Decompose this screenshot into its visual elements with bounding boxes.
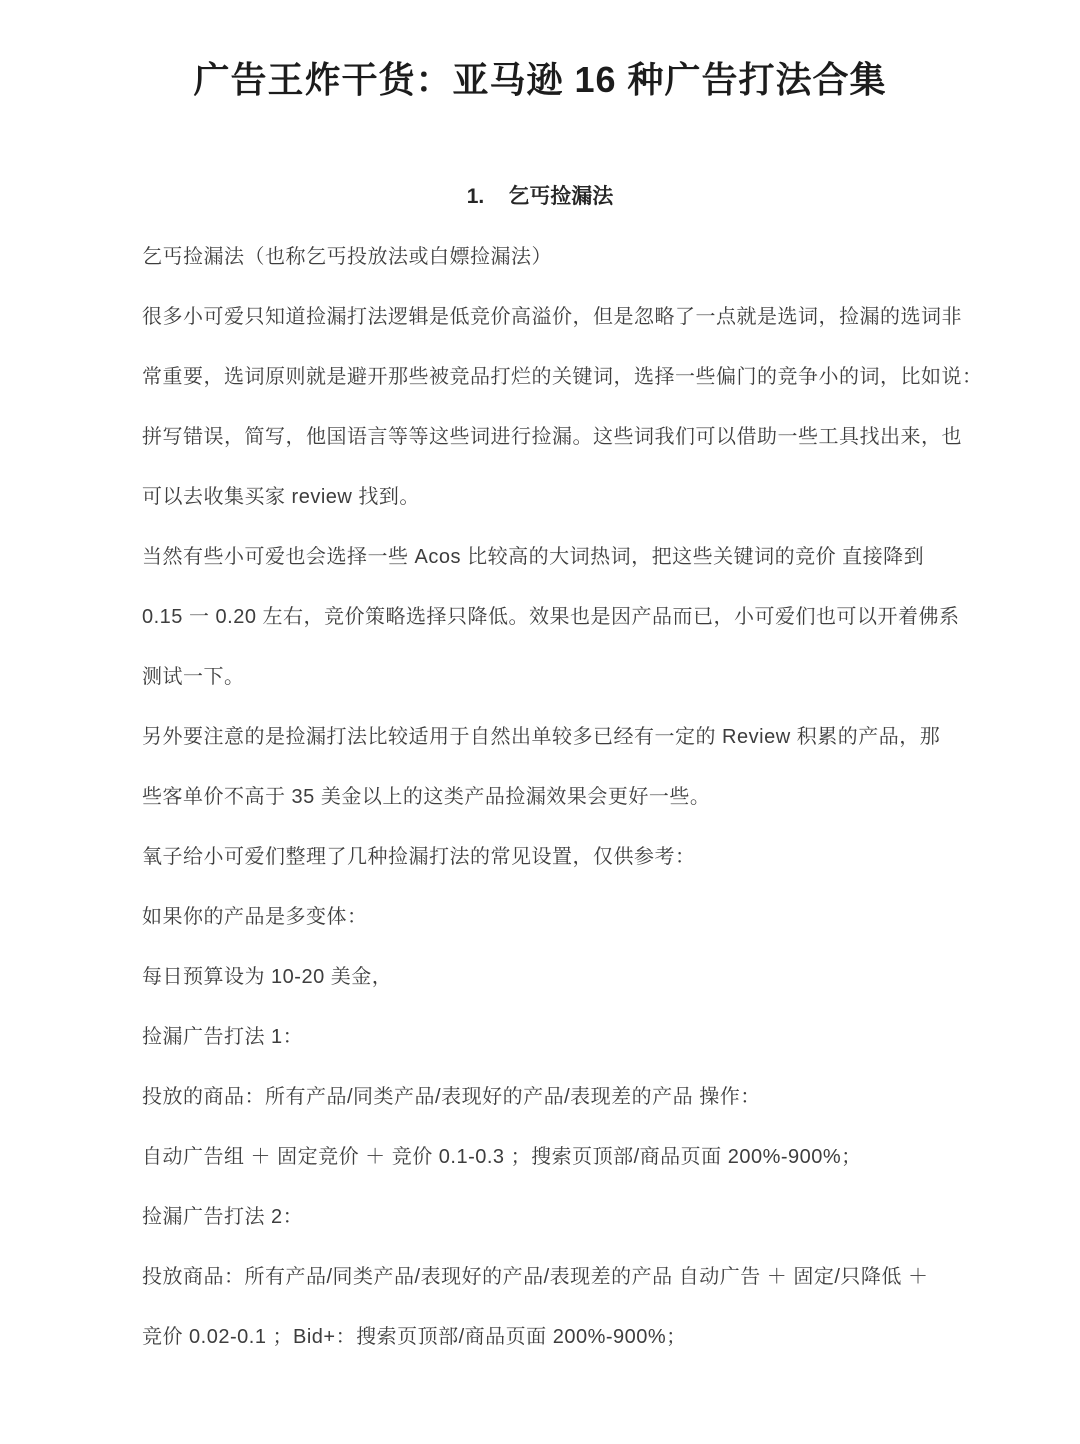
paragraph: 捡漏广告打法 1： (142, 1007, 942, 1067)
text-line: 测试一下。 (142, 647, 942, 707)
text-line: 捡漏广告打法 1： (142, 1007, 942, 1067)
text-line: 当然有些小可爱也会选择一些 Acos 比较高的大词热词，把这些关键词的竞价 直接… (142, 527, 942, 587)
document-body: 乞丐捡漏法（也称乞丐投放法或白嫖捡漏法） 很多小可爱只知道捡漏打法逻辑是低竞价高… (142, 227, 942, 1367)
paragraph: 另外要注意的是捡漏打法比较适用于自然出单较多已经有一定的 Review 积累的产… (142, 707, 942, 827)
text-line: 每日预算设为 10-20 美金， (142, 947, 942, 1007)
text-line: 可以去收集买家 review 找到。 (142, 467, 942, 527)
section-title: 乞丐捡漏法 (508, 185, 613, 208)
text-line: 自动广告组 ＋ 固定竞价 ＋ 竞价 0.1-0.3 ；搜索页顶部/商品页面 20… (142, 1127, 942, 1187)
text-line: 氧子给小可爱们整理了几种捡漏打法的常见设置，仅供参考： (142, 827, 942, 887)
text-line: 竞价 0.02-0.1 ；Bid+：搜索页顶部/商品页面 200%-900%； (142, 1307, 942, 1367)
paragraph: 自动广告组 ＋ 固定竞价 ＋ 竞价 0.1-0.3 ；搜索页顶部/商品页面 20… (142, 1127, 942, 1187)
document-title: 广告王炸干货：亚马逊 16 种广告打法合集 (0, 52, 1080, 108)
paragraph: 如果你的产品是多变体： (142, 887, 942, 947)
paragraph: 氧子给小可爱们整理了几种捡漏打法的常见设置，仅供参考： (142, 827, 942, 887)
paragraph: 很多小可爱只知道捡漏打法逻辑是低竞价高溢价，但是忽略了一点就是选词，捡漏的选词非… (142, 287, 942, 527)
paragraph: 每日预算设为 10-20 美金， (142, 947, 942, 1007)
text-line: 乞丐捡漏法（也称乞丐投放法或白嫖捡漏法） (142, 227, 942, 287)
section-heading: 1.乞丐捡漏法 (0, 170, 1080, 224)
text-line: 捡漏广告打法 2： (142, 1187, 942, 1247)
paragraph: 乞丐捡漏法（也称乞丐投放法或白嫖捡漏法） (142, 227, 942, 287)
section-number: 1. (467, 185, 485, 208)
paragraph: 投放的商品：所有产品/同类产品/表现好的产品/表现差的产品 操作： (142, 1067, 942, 1127)
text-line: 很多小可爱只知道捡漏打法逻辑是低竞价高溢价，但是忽略了一点就是选词，捡漏的选词非 (142, 287, 942, 347)
paragraph: 当然有些小可爱也会选择一些 Acos 比较高的大词热词，把这些关键词的竞价 直接… (142, 527, 942, 707)
text-line: 拼写错误，简写，他国语言等等这些词进行捡漏。这些词我们可以借助一些工具找出来，也 (142, 407, 942, 467)
text-line: 另外要注意的是捡漏打法比较适用于自然出单较多已经有一定的 Review 积累的产… (142, 707, 942, 767)
document-page: 广告王炸干货：亚马逊 16 种广告打法合集 1.乞丐捡漏法 乞丐捡漏法（也称乞丐… (0, 0, 1080, 1444)
text-line: 常重要，选词原则就是避开那些被竞品打烂的关键词，选择一些偏门的竞争小的词，比如说… (142, 347, 942, 407)
text-line: 投放商品：所有产品/同类产品/表现好的产品/表现差的产品 自动广告 ＋ 固定/只… (142, 1247, 942, 1307)
text-line: 如果你的产品是多变体： (142, 887, 942, 947)
text-line: 些客单价不高于 35 美金以上的这类产品捡漏效果会更好一些。 (142, 767, 942, 827)
text-line: 投放的商品：所有产品/同类产品/表现好的产品/表现差的产品 操作： (142, 1067, 942, 1127)
text-line: 0.15 一 0.20 左右，竞价策略选择只降低。效果也是因产品而已，小可爱们也… (142, 587, 942, 647)
paragraph: 捡漏广告打法 2： (142, 1187, 942, 1247)
paragraph: 投放商品：所有产品/同类产品/表现好的产品/表现差的产品 自动广告 ＋ 固定/只… (142, 1247, 942, 1367)
